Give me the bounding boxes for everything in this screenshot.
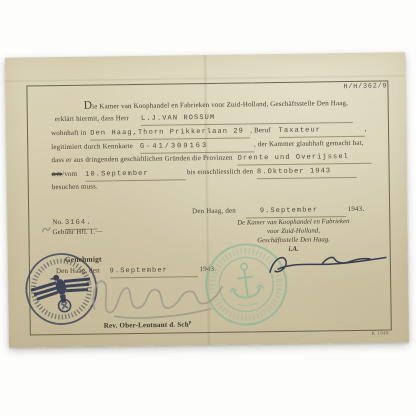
kennkarte-number: G-41/309163 [140, 142, 208, 151]
kennkarte-label: legitimiert durch Kennkarte [51, 142, 133, 151]
pencil-signature-icon [86, 263, 227, 323]
pencil-mark [41, 224, 51, 234]
beruf-label: , Beruf [250, 126, 271, 134]
provinces-value: Drente und Overijssel [238, 153, 349, 163]
print-code: K 1940 [372, 329, 389, 338]
am-struck: am [52, 171, 63, 179]
anchor-icon [227, 261, 265, 299]
closing-line: besuchen muss. [52, 183, 98, 193]
pencil-check-icon [41, 224, 51, 234]
profession-fill-line: Taxateur [279, 125, 365, 138]
until-label: bis einschliesslich den [187, 167, 253, 176]
address-fill-line: Den Haag,Thorn Prikkerlaan 29 [90, 126, 250, 140]
issue-place-label: Den Haag, den [192, 207, 236, 216]
issue-date: 9.September [260, 206, 318, 215]
issue-year: 1943. [348, 205, 365, 213]
number-value: 3164. [65, 219, 92, 227]
kennkarte-end: , der Kammer glaubhaft gemacht hat, [254, 139, 364, 149]
date-to: 8.Oktober 1943 [257, 167, 331, 176]
resident-label: wohnhaft in [51, 129, 86, 137]
approver-signature [86, 263, 227, 323]
reason-label: dass er aus dringenden geschäftlichen Gr… [51, 154, 232, 165]
ink-signature-icon [264, 246, 392, 284]
number-label: No. [52, 218, 63, 226]
date-to-fill: 8.Oktober 1943 [257, 166, 357, 179]
date-from: 10.September [85, 170, 149, 179]
document-paper: H/H/362/9 Die Kamer van Koophandel en Fa… [5, 52, 409, 348]
kennkarte-fill-line: G-41/309163 [140, 140, 254, 154]
document-photo: H/H/362/9 Die Kamer van Koophandel en Fa… [0, 0, 416, 416]
vom-label: /vom [62, 170, 77, 178]
holder-address: Den Haag,Thorn Prikkerlaan 29 [90, 127, 244, 137]
holder-profession: Taxateur [279, 126, 322, 135]
reference-number: H/H/362/9 [343, 82, 387, 92]
date-from-fill: 10.September [85, 168, 185, 181]
declare-label: erklärt hiermit, dass Herr [55, 114, 129, 123]
provinces-fill-line: Drente und Overijssel [238, 152, 372, 166]
beruf-end: , [365, 125, 367, 133]
fee-line: Gebühr Hfl. 1.— [52, 227, 102, 237]
official-signature [264, 246, 392, 284]
holder-name: L.J.VAN ROSSUM [141, 114, 215, 123]
